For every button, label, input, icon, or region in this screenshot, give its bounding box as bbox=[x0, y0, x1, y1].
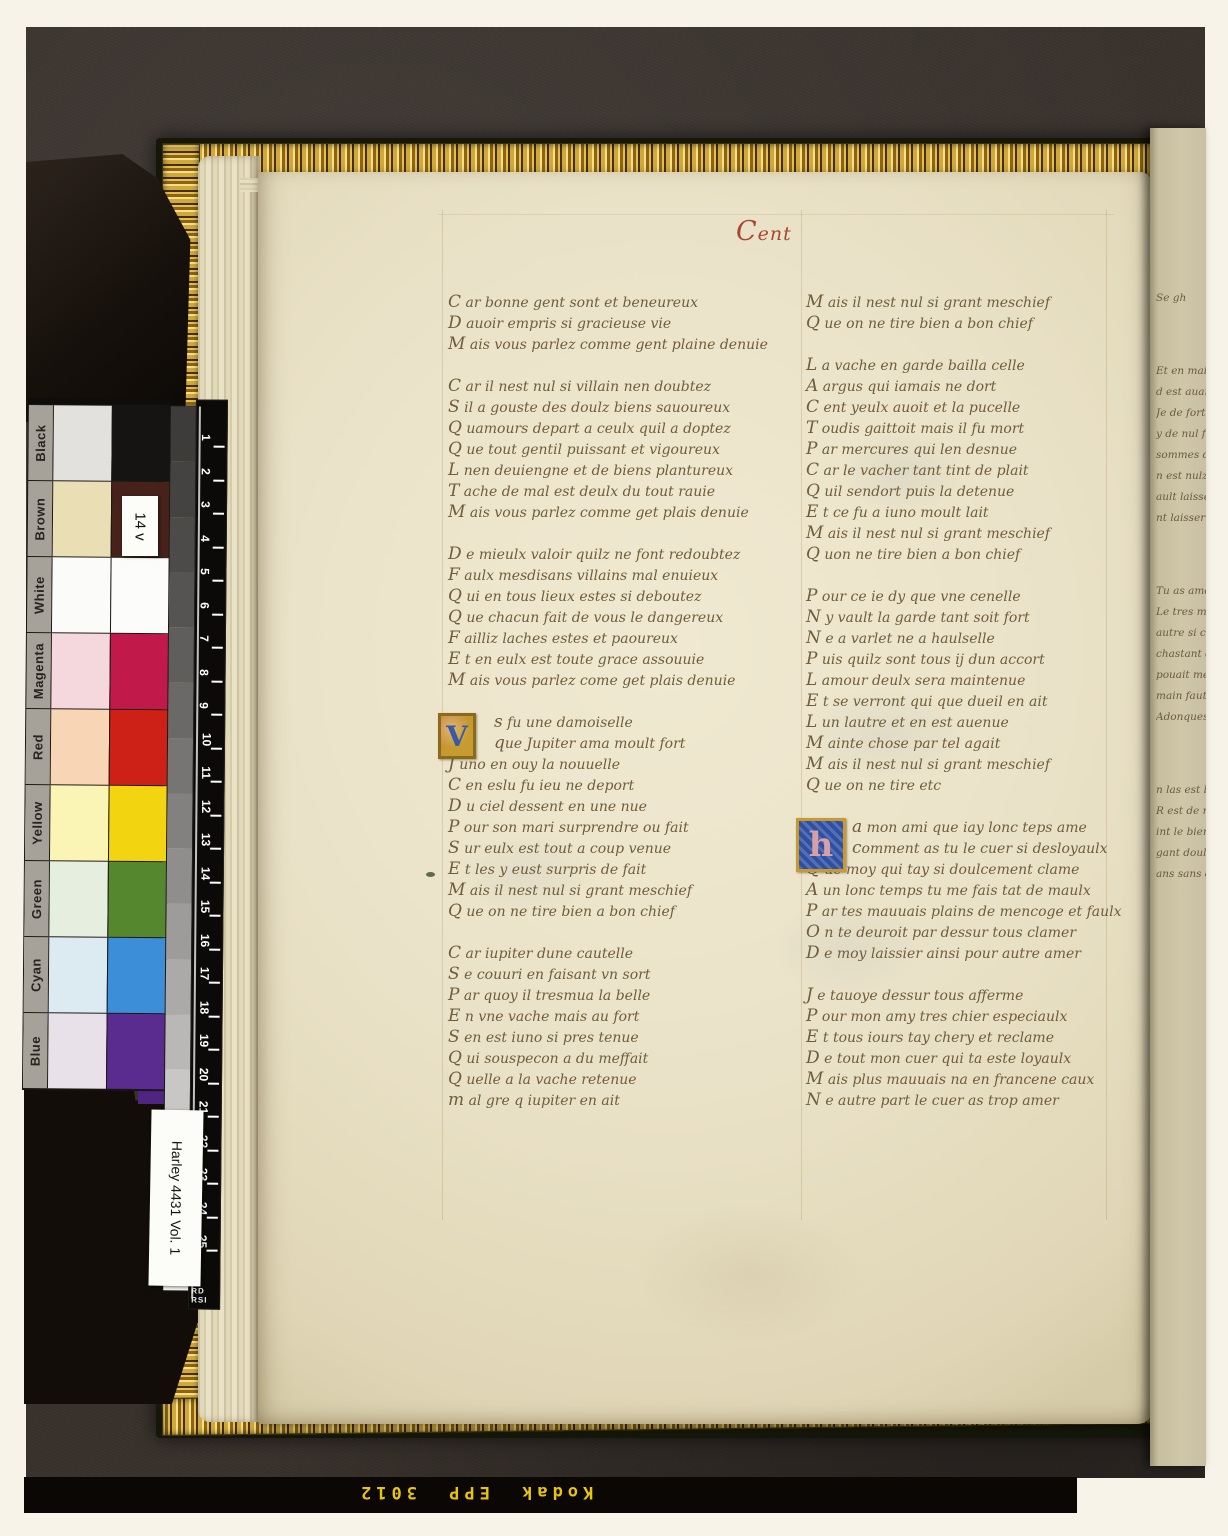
verse-line: J e tauoye dessur tous afferme bbox=[806, 985, 1152, 1006]
recto-text-fragments: Se ghEt en mainted est auant mJe de fort… bbox=[1156, 288, 1206, 885]
verse-line: Q ue on ne tire bien a bon chief bbox=[448, 901, 808, 922]
recto-fragment-line: n las est bien c bbox=[1156, 780, 1206, 801]
ruler-number: 2 bbox=[199, 468, 213, 475]
verse-line: C ar le vacher tant tint de plait bbox=[806, 460, 1152, 481]
color-checker-label: Black bbox=[28, 405, 53, 480]
color-patch-tint bbox=[48, 937, 108, 1013]
color-patch-tint bbox=[51, 557, 111, 633]
color-patch-tint bbox=[47, 1013, 107, 1089]
ruler-number: 8 bbox=[197, 669, 211, 676]
verse-line: D e tout mon cuer qui ta este loyaulx bbox=[806, 1048, 1152, 1069]
verse-line: P our mon amy tres chier especiaulx bbox=[806, 1006, 1152, 1027]
color-checker-label-text: Cyan bbox=[28, 958, 43, 992]
color-patch-solid bbox=[109, 710, 169, 786]
color-patch-solid bbox=[107, 938, 167, 1014]
verse-line: comment as tu le cuer si desloyaulx bbox=[806, 838, 1152, 859]
shelfmark-sticker: Harley 4431 Vol. 1 bbox=[148, 1110, 203, 1287]
color-checker-label: Magenta bbox=[26, 633, 51, 708]
recto-fragment-line: Le tres mesdis bbox=[1156, 602, 1206, 623]
verse-line: D e mieulx valoir quilz ne font redoubte… bbox=[448, 544, 808, 565]
verse-line: D u ciel dessent en une nue bbox=[448, 796, 808, 817]
illuminated-initial-letter: h bbox=[809, 835, 834, 856]
verse-line: D e moy laissier ainsi pour autre amer bbox=[806, 943, 1152, 964]
color-patch-solid bbox=[106, 1014, 166, 1090]
verse-line: Q ue tout gentil puissant et vigoureux bbox=[448, 439, 808, 460]
verse-line: M ais il nest nul si grant meschief bbox=[806, 754, 1152, 775]
recto-fragment-line: ans sans drui bbox=[1156, 864, 1206, 885]
ruler-tick bbox=[208, 1116, 219, 1118]
ruler-number: 11 bbox=[199, 766, 213, 779]
verse-line: M ais vous parlez come get plais denuie bbox=[448, 670, 808, 691]
illuminated-initial: V bbox=[438, 713, 476, 759]
color-patch-tint bbox=[48, 861, 108, 937]
stanza: M ais il nest nul si grant meschiefQ ue … bbox=[806, 292, 1152, 334]
grayscale-step bbox=[168, 682, 194, 737]
recto-fragment-line: Je de fortune bbox=[1156, 403, 1206, 424]
verse-line: M ais il nest nul si grant meschief bbox=[448, 880, 808, 901]
grayscale-step bbox=[166, 959, 192, 1014]
verse-line: N y vault la garde tant soit fort bbox=[806, 607, 1152, 628]
grayscale-step bbox=[167, 848, 193, 903]
recto-fragment-line: autre si comp bbox=[1156, 623, 1206, 644]
color-patch-tint bbox=[52, 481, 112, 557]
verse-line: a mon ami que iay lonc teps ame bbox=[806, 817, 1152, 838]
verse-line: M ais vous parlez comme get plais denuie bbox=[448, 502, 808, 523]
verse-line: F aulx mesdisans villains mal enuieux bbox=[448, 565, 808, 586]
ruler-tick bbox=[213, 546, 224, 548]
color-checker-label: Yellow bbox=[25, 785, 50, 860]
verse-line: S ur eulx est tout a coup venue bbox=[448, 838, 808, 859]
verse-line: M ais plus mauuais na en francene caux bbox=[806, 1069, 1152, 1090]
ruler-tick bbox=[213, 479, 224, 481]
grayscale-step bbox=[167, 793, 193, 848]
verse-line: T ache de mal est deulx du tout rauie bbox=[448, 481, 808, 502]
color-checker-label: Brown bbox=[28, 481, 53, 556]
verse-line: P uis quilz sont tous ij dun accort bbox=[806, 649, 1152, 670]
ruler-number: 5 bbox=[198, 568, 212, 575]
verse-line: E t en eulx est toute grace assouuie bbox=[448, 649, 808, 670]
verse-line: Q uamours depart a ceulx quil a doptez bbox=[448, 418, 808, 439]
grayscale-step bbox=[165, 1014, 191, 1069]
verse-line: M ainte chose par tel agait bbox=[806, 733, 1152, 754]
ruler-tick bbox=[210, 848, 221, 850]
verse-line: P our son mari surprendre ou fait bbox=[448, 817, 808, 838]
verse-line: Q ui en tous lieux estes si deboutez bbox=[448, 586, 808, 607]
ruler-tick bbox=[212, 613, 223, 615]
recto-fragment-line: Tu as amours bbox=[1156, 581, 1206, 602]
color-checker-row: White bbox=[27, 557, 170, 634]
verse-line: que Jupiter ama moult fort bbox=[448, 733, 808, 754]
ruler-number: 6 bbox=[198, 602, 212, 609]
verse-line: O n te deuroit par dessur tous clamer bbox=[806, 922, 1152, 943]
parchment-page: Cent C ar bonne gent sont et beneureuxD … bbox=[258, 172, 1152, 1424]
recto-folio-sliver: Se ghEt en mainted est auant mJe de fort… bbox=[1150, 128, 1206, 1466]
grayscale-step bbox=[169, 517, 195, 572]
recto-fragment-line: Se gh bbox=[1156, 288, 1206, 309]
ruler-number: 4 bbox=[198, 535, 212, 542]
recto-fragment-line: int le bien ma bbox=[1156, 822, 1206, 843]
verse-line: J uno en ouy la nouuelle bbox=[448, 754, 808, 775]
color-checker-row: Red bbox=[26, 709, 169, 786]
stanza: Vs fu une damoiselleque Jupiter ama moul… bbox=[448, 712, 808, 922]
ruler-tick bbox=[207, 1149, 218, 1151]
color-checker-label: White bbox=[27, 557, 52, 632]
verse-line: T oudis gaittoit mais il fu mort bbox=[806, 418, 1152, 439]
color-checker-label-text: Brown bbox=[32, 497, 47, 540]
verse-line: C en eslu fu ieu ne deport bbox=[448, 775, 808, 796]
ruler-number: 17 bbox=[198, 967, 212, 980]
verse-line: D auoir empris si gracieuse vie bbox=[448, 313, 808, 334]
color-checker-label: Red bbox=[26, 709, 51, 784]
text-column-1: C ar bonne gent sont et beneureuxD auoir… bbox=[448, 292, 808, 1132]
ruler-number: 12 bbox=[199, 799, 213, 812]
ruler-tick bbox=[208, 1082, 219, 1084]
color-checker-row: Cyan bbox=[24, 937, 167, 1014]
verse-line: A argus qui iamais ne dort bbox=[806, 376, 1152, 397]
color-checker-row: Black bbox=[28, 405, 171, 482]
verse-line: N e autre part le cuer as trop amer bbox=[806, 1090, 1152, 1111]
ruler-number: 18 bbox=[197, 1000, 211, 1013]
ruler-tick bbox=[210, 814, 221, 816]
verse-line: E t ce fu a iuno moult lait bbox=[806, 502, 1152, 523]
ruler-number: 16 bbox=[198, 933, 212, 946]
verse-line: C ar bonne gent sont et beneureux bbox=[448, 292, 808, 313]
verse-line: E t se verront qui que dueil en ait bbox=[806, 691, 1152, 712]
color-checker-label: Green bbox=[24, 861, 49, 936]
verse-line: s fu une damoiselle bbox=[448, 712, 808, 733]
color-patch-solid bbox=[107, 862, 167, 938]
color-checker-label-text: Green bbox=[29, 878, 44, 918]
film-edge-text: Kodak EPP 3012 bbox=[356, 1482, 593, 1502]
stanza: C ar bonne gent sont et beneureuxD auoir… bbox=[448, 292, 808, 355]
verse-line: P ar quoy il tresmua la belle bbox=[448, 985, 808, 1006]
recto-fragment-line: sommes de c bbox=[1156, 445, 1206, 466]
ruler-tick bbox=[212, 647, 223, 649]
color-patch-tint bbox=[49, 785, 109, 861]
verse-line: m al gre q iupiter en ait bbox=[448, 1090, 808, 1111]
ruler-tick bbox=[213, 513, 224, 515]
verse-line: S il a gouste des doulz biens sauoureux bbox=[448, 397, 808, 418]
text-column-2: M ais il nest nul si grant meschiefQ ue … bbox=[806, 292, 1152, 1132]
verse-line: C ar il nest nul si villain nen doubtez bbox=[448, 376, 808, 397]
color-checker-label-text: Yellow bbox=[30, 801, 45, 845]
ruler-number: 15 bbox=[198, 900, 212, 913]
color-checker-label: Blue bbox=[23, 1013, 48, 1088]
verse-line: Q uil sendort puis la detenue bbox=[806, 481, 1152, 502]
verse-line: P ar tes mauuais plains de mencoge et fa… bbox=[806, 901, 1152, 922]
grayscale-step bbox=[169, 572, 195, 627]
color-checker-label-text: Magenta bbox=[31, 642, 46, 698]
verse-line: M ais vous parlez comme gent plaine denu… bbox=[448, 334, 808, 355]
verse-line: C ar iupiter dune cautelle bbox=[448, 943, 808, 964]
ruler-tick bbox=[211, 747, 222, 749]
recto-fragment-line: nt laisser bbox=[1156, 508, 1206, 529]
color-checker-row: Green bbox=[24, 861, 167, 938]
color-patch-tint bbox=[50, 709, 110, 785]
recto-fragment-line: main faut de f bbox=[1156, 686, 1206, 707]
verse-line: L a vache en garde bailla celle bbox=[806, 355, 1152, 376]
stanza: J e tauoye dessur tous affermeP our mon … bbox=[806, 985, 1152, 1111]
folio-number-sticker: 14 v bbox=[122, 496, 158, 556]
grayscale-step bbox=[170, 406, 196, 461]
verse-line: A un lonc temps tu me fais tat de maulx bbox=[806, 880, 1152, 901]
fragment-gap bbox=[1156, 309, 1206, 361]
fragment-gap bbox=[1156, 728, 1206, 780]
ruler-tick bbox=[207, 1183, 218, 1185]
ruler-tick bbox=[211, 781, 222, 783]
grayscale-step bbox=[166, 903, 192, 958]
color-patch-solid bbox=[109, 634, 169, 710]
ruler-number: 7 bbox=[197, 635, 211, 642]
recto-fragment-line: n est nulz et bbox=[1156, 466, 1206, 487]
illuminated-initial: h bbox=[796, 818, 846, 872]
ruler-tick bbox=[209, 1015, 220, 1017]
ruler-number: 14 bbox=[198, 866, 212, 879]
recto-fragment-line: pouait men a bbox=[1156, 665, 1206, 686]
ruler-tick bbox=[209, 982, 220, 984]
verse-line: P ar mercures qui len desnue bbox=[806, 439, 1152, 460]
verse-line: Q uon ne tire bien a bon chief bbox=[806, 544, 1152, 565]
recto-fragment-line: Et en mainte bbox=[1156, 361, 1206, 382]
ruler-number: 13 bbox=[199, 833, 213, 846]
folio-number-text: 14 v bbox=[131, 512, 148, 540]
text-block: C ar bonne gent sont et beneureuxD auoir… bbox=[258, 172, 1152, 1424]
stanza: ha mon ami que iay lonc teps amecomment … bbox=[806, 817, 1152, 964]
recto-fragment-line: R est de moy to bbox=[1156, 801, 1206, 822]
verse-line: M ais il nest nul si grant meschief bbox=[806, 523, 1152, 544]
grayscale-step bbox=[170, 461, 196, 516]
verse-line: E t les y eust surpris de fait bbox=[448, 859, 808, 880]
stanza: C ar iupiter dune cautelleS e couuri en … bbox=[448, 943, 808, 1111]
verse-line: L nen deuiengne et de biens plantureux bbox=[448, 460, 808, 481]
verse-line: L un lautre et en est auenue bbox=[806, 712, 1152, 733]
color-checker-label: Cyan bbox=[24, 937, 49, 1012]
ruler-number: 10 bbox=[200, 732, 214, 745]
stanza: C ar il nest nul si villain nen doubtezS… bbox=[448, 376, 808, 523]
verse-line: S e couuri en faisant vn sort bbox=[448, 964, 808, 985]
verse-line: P our ce ie dy que vne cenelle bbox=[806, 586, 1152, 607]
stanza: D e mieulx valoir quilz ne font redoubte… bbox=[448, 544, 808, 691]
ruler-tick bbox=[214, 446, 225, 448]
recto-fragment-line: d est auant m bbox=[1156, 382, 1206, 403]
shelfmark-text: Harley 4431 Vol. 1 bbox=[167, 1141, 185, 1256]
recto-fragment-line: Adonques tel bbox=[1156, 707, 1206, 728]
ruler-number: 1 bbox=[199, 434, 213, 441]
manuscript-photograph: Cent C ar bonne gent sont et beneureuxD … bbox=[0, 0, 1228, 1536]
color-patch-tint bbox=[50, 633, 110, 709]
verse-line: S en est iuno si pres tenue bbox=[448, 1027, 808, 1048]
film-edge-strip: Kodak EPP 3012 bbox=[24, 1477, 1077, 1513]
color-patch-tint bbox=[52, 405, 112, 481]
ruler-number: 19 bbox=[197, 1034, 211, 1047]
verse-line: L amour deulx sera maintenue bbox=[806, 670, 1152, 691]
grayscale-step bbox=[169, 627, 195, 682]
ruler-tick bbox=[209, 915, 220, 917]
color-checker-row: Yellow bbox=[25, 785, 168, 862]
verse-line: M ais il nest nul si grant meschief bbox=[806, 292, 1152, 313]
stanza: L a vache en garde bailla celleA argus q… bbox=[806, 355, 1152, 565]
ruler-number: 20 bbox=[197, 1067, 211, 1080]
color-checker-label-text: Black bbox=[33, 424, 48, 461]
color-checker-label-text: White bbox=[32, 576, 47, 614]
ruler-tick bbox=[212, 680, 223, 682]
ruler-number: 9 bbox=[197, 702, 211, 709]
verse-line: Q ue moy qui tay si doulcement clame bbox=[806, 859, 1152, 880]
color-patch-solid bbox=[111, 406, 171, 482]
verse-line: Q ue on ne tire bien a bon chief bbox=[806, 313, 1152, 334]
verse-line: Q uelle a la vache retenue bbox=[448, 1069, 808, 1090]
color-patch-solid bbox=[110, 558, 170, 634]
ruler-tick bbox=[207, 1216, 218, 1218]
verse-line: C ent yeulx auoit et la pucelle bbox=[806, 397, 1152, 418]
recto-fragment-line: chastant de m bbox=[1156, 644, 1206, 665]
verse-line: Q ui souspecon a du meffait bbox=[448, 1048, 808, 1069]
recto-fragment-line: gant douleur bbox=[1156, 843, 1206, 864]
verse-line: F ailliz laches estes et paoureux bbox=[448, 628, 808, 649]
ruler-tick bbox=[211, 714, 222, 716]
stanza: P our ce ie dy que vne cenelleN y vault … bbox=[806, 586, 1152, 796]
ruler-tick bbox=[208, 1049, 219, 1051]
ruler-number: 3 bbox=[198, 501, 212, 508]
verse-line: E t tous iours tay chery et reclame bbox=[806, 1027, 1152, 1048]
ruler-tick bbox=[212, 580, 223, 582]
recto-fragment-line: y de nul fais bbox=[1156, 424, 1206, 445]
color-checker-label-text: Blue bbox=[28, 1035, 43, 1065]
illuminated-initial-letter: V bbox=[446, 726, 468, 747]
verse-line: N e a varlet ne a haulselle bbox=[806, 628, 1152, 649]
recto-fragment-line: ault laisser am bbox=[1156, 487, 1206, 508]
ruler-tick bbox=[210, 881, 221, 883]
ruler-tick bbox=[207, 1250, 218, 1252]
ruler-footer-text: RD RSI bbox=[191, 1286, 219, 1304]
verse-line: E n vne vache mais au fort bbox=[448, 1006, 808, 1027]
fragment-gap bbox=[1156, 529, 1206, 581]
color-checker-row: Blue bbox=[23, 1013, 166, 1090]
color-checker-row: Magenta bbox=[26, 633, 169, 710]
verse-line: Q ue on ne tire etc bbox=[806, 775, 1152, 796]
verse-line: Q ue chacun fait de vous le dangereux bbox=[448, 607, 808, 628]
ruler-tick bbox=[209, 948, 220, 950]
color-patch-solid bbox=[108, 786, 168, 862]
color-checker-label-text: Red bbox=[30, 734, 45, 760]
grayscale-step bbox=[168, 738, 194, 793]
